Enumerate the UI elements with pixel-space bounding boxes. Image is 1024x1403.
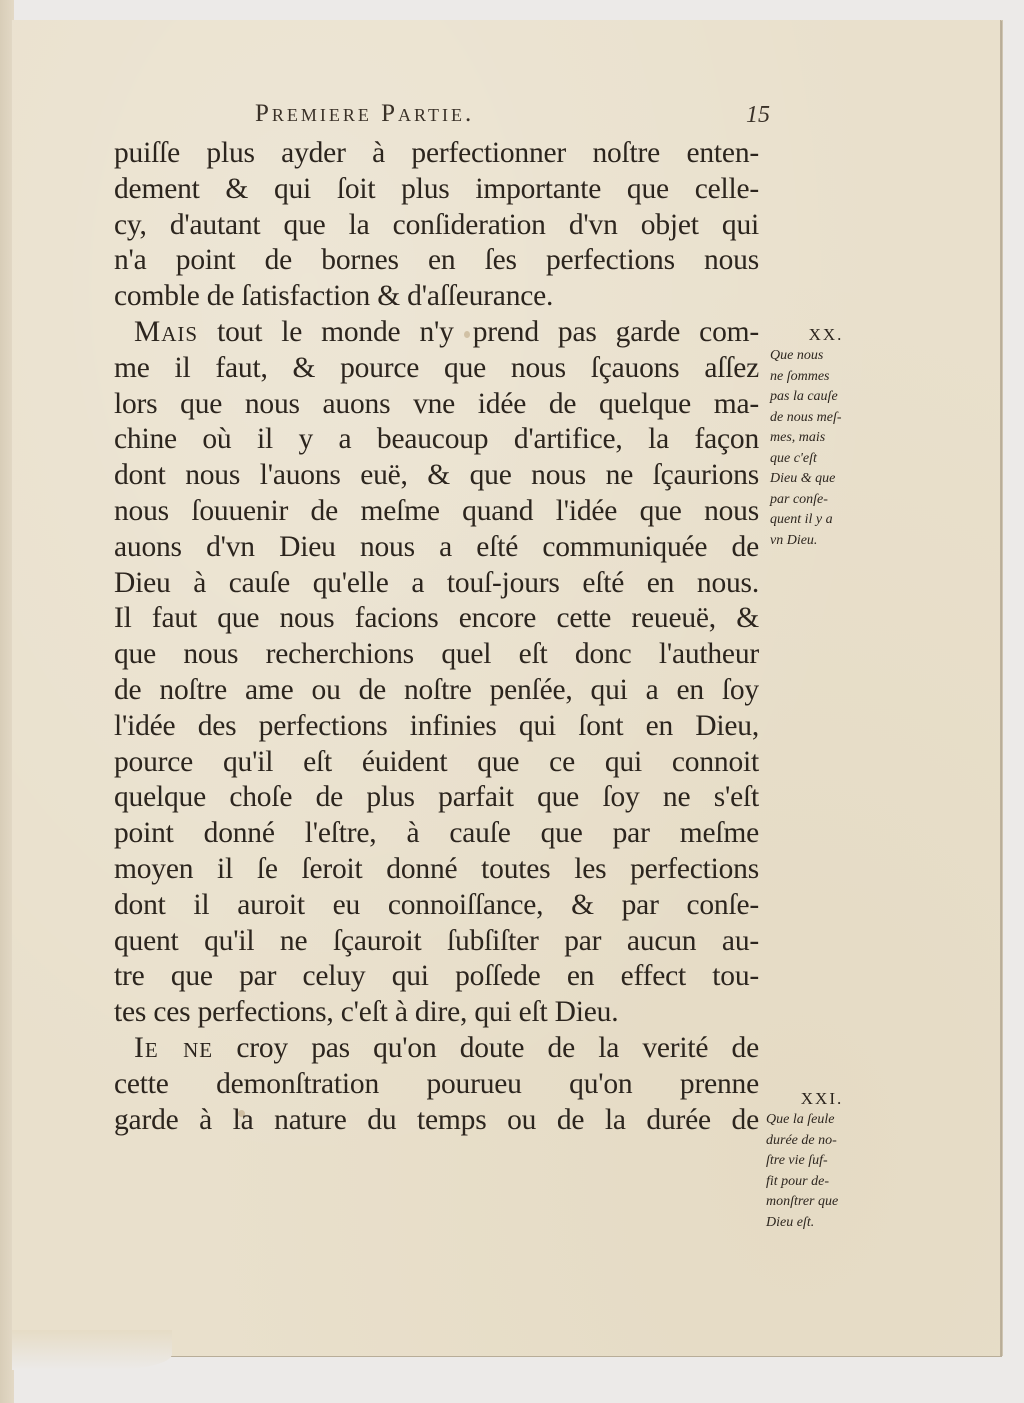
text-line: dont il auroit eu connoiſſance, & par co… — [114, 888, 759, 924]
marginal-note-number: XX. — [770, 324, 882, 346]
paragraph: puiſſe plus ayder à perfectionner noſtre… — [114, 136, 759, 315]
text-line: de noſtre ame ou de noſtre penſée, qui a… — [114, 673, 759, 709]
text-line: tre que par celuy qui poſſede en effect … — [114, 959, 759, 995]
marginal-note-number: XXI. — [766, 1088, 878, 1110]
marginal-note-line: ſtre vie ſuf- — [766, 1151, 878, 1172]
text-line: que nous recherchions quel eſt donc l'au… — [114, 637, 759, 673]
marginal-note-line: Dieu eſt. — [766, 1213, 878, 1234]
marginal-note-line: de nous meſ- — [770, 408, 882, 429]
text-line: l'idée des perfections infinies qui ſont… — [114, 709, 759, 745]
text-line: point donné l'eſtre, à cauſe que par meſ… — [114, 816, 759, 852]
text-line: puiſſe plus ayder à perfectionner noſtre… — [114, 136, 759, 172]
text-line: Mais tout le monde n'y prend pas garde c… — [114, 315, 759, 351]
paragraph-lead-smallcaps: Mais — [134, 316, 198, 348]
text-line: moyen il ſe ſeroit donné toutes les perf… — [114, 852, 759, 888]
text-line: Il faut que nous facions encore cette re… — [114, 601, 759, 637]
text-line: auons d'vn Dieu nous a eſté communiquée … — [114, 530, 759, 566]
text-line: tes ces perfections, c'eſt à dire, qui e… — [114, 995, 759, 1031]
marginal-note-line: Que nous — [770, 346, 882, 367]
text-line: nous ſouuenir de meſme quand l'idée que … — [114, 494, 759, 530]
marginal-note-line: durée de no- — [766, 1131, 878, 1152]
text-line: dement & qui ſoit plus importante que ce… — [114, 172, 759, 208]
text-line: cy, d'autant que la conſideration d'vn o… — [114, 208, 759, 244]
marginal-note-line: ne ſommes — [770, 367, 882, 388]
running-head: Premiere Partie. 15 — [255, 100, 770, 136]
marginal-note-line: mes, mais — [770, 428, 882, 449]
text-line: lors que nous auons vne idée de quelque … — [114, 387, 759, 423]
page-number: 15 — [746, 102, 770, 129]
marginal-note-line: Dieu & que — [770, 469, 882, 490]
running-title: Premiere Partie. — [255, 100, 474, 128]
text-line: chine où il y a beaucoup d'artifice, la … — [114, 422, 759, 458]
paragraph-lead-smallcaps: Ie ne — [134, 1032, 213, 1064]
text-line: dont nous l'auons euë, & que nous ne ſça… — [114, 458, 759, 494]
marginal-note-line: fit pour de- — [766, 1172, 878, 1193]
text-line: Ie ne croy pas qu'on doute de la verité … — [114, 1031, 759, 1067]
text-line: cette demonſtration pourueu qu'on prenne — [114, 1067, 759, 1103]
text-line: n'a point de bornes en ſes perfections n… — [114, 243, 759, 279]
text-line: pource qu'il eſt éuident que ce qui conn… — [114, 745, 759, 781]
text-line: quent qu'il ne ſçauroit ſubſiſter par au… — [114, 924, 759, 960]
marginal-note: XX. Que nous ne ſommes pas la cauſe de n… — [770, 324, 882, 551]
marginal-note-line: vn Dieu. — [770, 531, 882, 552]
text-line: Dieu à cauſe qu'elle a touſ-jours eſté e… — [114, 566, 759, 602]
text-line: me il faut, & pource que nous ſçauons aſ… — [114, 351, 759, 387]
text-line: garde à la nature du temps ou de la duré… — [114, 1103, 759, 1139]
main-text-block: puiſſe plus ayder à perfectionner noſtre… — [114, 136, 759, 1138]
marginal-note-line: quent il y a — [770, 510, 882, 531]
page-corner-shadow — [12, 1330, 172, 1370]
marginal-note: XXI. Que la ſeule durée de no- ſtre vie … — [766, 1088, 878, 1233]
paragraph: Ie ne croy pas qu'on doute de la verité … — [114, 1031, 759, 1138]
marginal-note-line: que c'eſt — [770, 449, 882, 470]
paragraph: Mais tout le monde n'y prend pas garde c… — [114, 315, 759, 1031]
marginal-note-line: pas la cauſe — [770, 387, 882, 408]
marginal-note-line: Que la ſeule — [766, 1110, 878, 1131]
text-line: quelque choſe de plus parfait que ſoy ne… — [114, 780, 759, 816]
marginal-note-line: par conſe- — [770, 490, 882, 511]
marginal-note-line: monſtrer que — [766, 1192, 878, 1213]
text-line: comble de ſatisfaction & d'aſſeurance. — [114, 279, 759, 315]
